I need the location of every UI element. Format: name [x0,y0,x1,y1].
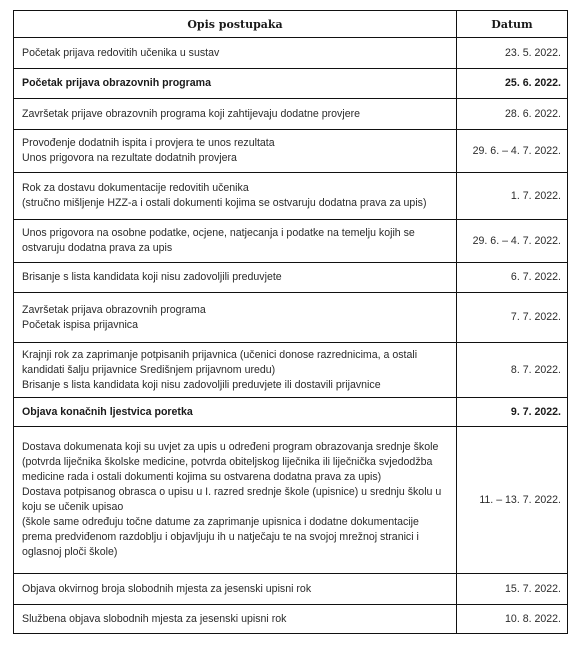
table-body: Početak prijava redovitih učenika u sust… [14,38,568,634]
description-line: Početak prijava obrazovnih programa [22,76,450,91]
table-row: Provođenje dodatnih ispita i provjera te… [14,130,568,173]
procedure-description: Rok za dostavu dokumentacije redovitih u… [14,173,457,220]
procedure-date: 29. 6. – 4. 7. 2022. [457,130,568,173]
procedure-date: 28. 6. 2022. [457,99,568,130]
description-line: Brisanje s lista kandidata koji nisu zad… [22,378,450,393]
description-line: Provođenje dodatnih ispita i provjera te… [22,136,450,151]
procedure-date: 7. 7. 2022. [457,293,568,343]
description-line: Početak ispisa prijavnica [22,318,450,333]
description-line: Krajnji rok za zaprimanje potpisanih pri… [22,348,450,378]
procedure-description: Početak prijava redovitih učenika u sust… [14,38,457,69]
procedure-description: Službena objava slobodnih mjesta za jese… [14,605,457,634]
description-line: Dostava potpisanog obrasca o upisu u I. … [22,485,450,515]
description-line: Objava okvirnog broja slobodnih mjesta z… [22,582,450,597]
procedure-date: 9. 7. 2022. [457,398,568,427]
table-row: Završetak prijava obrazovnih programaPoč… [14,293,568,343]
description-line: Rok za dostavu dokumentacije redovitih u… [22,181,450,196]
procedure-date: 6. 7. 2022. [457,263,568,293]
table-row: Objava konačnih ljestvica poretka9. 7. 2… [14,398,568,427]
procedure-description: Početak prijava obrazovnih programa [14,69,457,99]
table-row: Početak prijava obrazovnih programa25. 6… [14,69,568,99]
table-row: Krajnji rok za zaprimanje potpisanih pri… [14,343,568,398]
table-header-row: Opis postupaka Datum [14,11,568,38]
procedure-description: Dostava dokumenata koji su uvjet za upis… [14,427,457,574]
procedure-description: Brisanje s lista kandidata koji nisu zad… [14,263,457,293]
procedure-description: Završetak prijava obrazovnih programaPoč… [14,293,457,343]
description-line: Brisanje s lista kandidata koji nisu zad… [22,270,450,285]
table-row: Unos prigovora na osobne podatke, ocjene… [14,220,568,263]
procedure-description: Objava konačnih ljestvica poretka [14,398,457,427]
table-row: Brisanje s lista kandidata koji nisu zad… [14,263,568,293]
enrollment-schedule-table: Opis postupaka Datum Početak prijava red… [13,10,568,634]
procedure-description: Završetak prijave obrazovnih programa ko… [14,99,457,130]
procedure-date: 11. – 13. 7. 2022. [457,427,568,574]
procedure-description: Unos prigovora na osobne podatke, ocjene… [14,220,457,263]
table-row: Dostava dokumenata koji su uvjet za upis… [14,427,568,574]
procedure-date: 15. 7. 2022. [457,574,568,605]
column-header-date: Datum [457,11,568,38]
description-line: Završetak prijave obrazovnih programa ko… [22,107,450,122]
table-row: Početak prijava redovitih učenika u sust… [14,38,568,69]
description-line: Početak prijava redovitih učenika u sust… [22,46,450,61]
description-line: Objava konačnih ljestvica poretka [22,405,450,420]
procedure-date: 8. 7. 2022. [457,343,568,398]
description-line: (škole same određuju točne datume za zap… [22,515,450,560]
procedure-date: 10. 8. 2022. [457,605,568,634]
description-line: (potvrda liječnika školske medicine, pot… [22,455,450,485]
description-line: Unos prigovora na osobne podatke, ocjene… [22,226,450,256]
procedure-description: Objava okvirnog broja slobodnih mjesta z… [14,574,457,605]
table-row: Objava okvirnog broja slobodnih mjesta z… [14,574,568,605]
description-line: Dostava dokumenata koji su uvjet za upis… [22,440,450,455]
procedure-description: Krajnji rok za zaprimanje potpisanih pri… [14,343,457,398]
procedure-date: 1. 7. 2022. [457,173,568,220]
description-line: (stručno mišljenje HZZ-a i ostali dokume… [22,196,450,211]
table-row: Završetak prijave obrazovnih programa ko… [14,99,568,130]
procedure-date: 29. 6. – 4. 7. 2022. [457,220,568,263]
procedure-date: 23. 5. 2022. [457,38,568,69]
table-row: Rok za dostavu dokumentacije redovitih u… [14,173,568,220]
description-line: Službena objava slobodnih mjesta za jese… [22,612,450,627]
procedure-description: Provođenje dodatnih ispita i provjera te… [14,130,457,173]
table-row: Službena objava slobodnih mjesta za jese… [14,605,568,634]
column-header-description: Opis postupaka [14,11,457,38]
description-line: Unos prigovora na rezultate dodatnih pro… [22,151,450,166]
procedure-date: 25. 6. 2022. [457,69,568,99]
description-line: Završetak prijava obrazovnih programa [22,303,450,318]
